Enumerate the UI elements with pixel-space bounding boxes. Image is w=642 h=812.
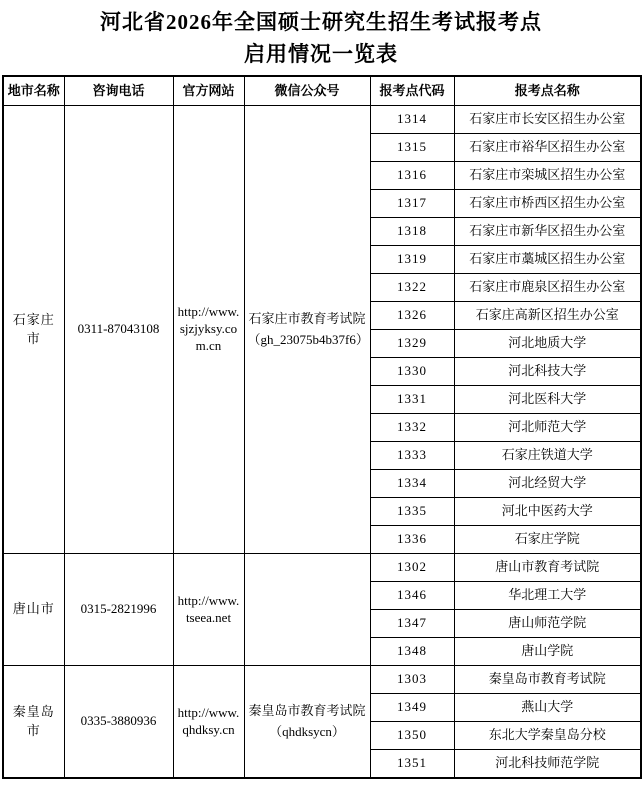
- code-cell: 1315: [370, 134, 454, 162]
- column-header-phone: 咨询电话: [64, 76, 173, 106]
- code-cell: 1349: [370, 694, 454, 722]
- code-cell: 1329: [370, 330, 454, 358]
- code-cell: 1322: [370, 274, 454, 302]
- site-name-cell: 燕山大学: [454, 694, 641, 722]
- site-name-cell: 石家庄市桥西区招生办公室: [454, 190, 641, 218]
- column-header-website: 官方网站: [173, 76, 244, 106]
- site-name-cell: 唐山师范学院: [454, 610, 641, 638]
- site-name-cell: 河北医科大学: [454, 386, 641, 414]
- site-name-cell: 石家庄市藁城区招生办公室: [454, 246, 641, 274]
- phone-cell: 0315-2821996: [64, 554, 173, 666]
- site-name-cell: 河北师范大学: [454, 414, 641, 442]
- code-cell: 1330: [370, 358, 454, 386]
- site-name-cell: 石家庄市鹿泉区招生办公室: [454, 274, 641, 302]
- city-cell: 唐山市: [3, 554, 64, 666]
- wechat-cell: [244, 554, 370, 666]
- code-cell: 1303: [370, 666, 454, 694]
- code-cell: 1317: [370, 190, 454, 218]
- code-cell: 1347: [370, 610, 454, 638]
- website-cell: http://www.tseea.net: [173, 554, 244, 666]
- website-cell: http://www.sjzjyksy.com.cn: [173, 106, 244, 554]
- site-name-cell: 华北理工大学: [454, 582, 641, 610]
- registration-points-table: 地市名称 咨询电话 官方网站 微信公众号 报考点代码 报考点名称 石家庄市031…: [2, 75, 642, 779]
- code-cell: 1335: [370, 498, 454, 526]
- page-title-line1: 河北省2026年全国硕士研究生招生考试报考点: [0, 6, 642, 38]
- table-row: 秦皇岛市0335-3880936http://www.qhdksy.cn秦皇岛市…: [3, 666, 641, 694]
- table-row: 石家庄市0311-87043108http://www.sjzjyksy.com…: [3, 106, 641, 134]
- site-name-cell: 石家庄市长安区招生办公室: [454, 106, 641, 134]
- website-cell: http://www.qhdksy.cn: [173, 666, 244, 779]
- phone-cell: 0335-3880936: [64, 666, 173, 779]
- column-header-code: 报考点代码: [370, 76, 454, 106]
- table-body: 石家庄市0311-87043108http://www.sjzjyksy.com…: [3, 106, 641, 779]
- site-name-cell: 石家庄高新区招生办公室: [454, 302, 641, 330]
- code-cell: 1316: [370, 162, 454, 190]
- site-name-cell: 东北大学秦皇岛分校: [454, 722, 641, 750]
- phone-cell: 0311-87043108: [64, 106, 173, 554]
- site-name-cell: 石家庄市裕华区招生办公室: [454, 134, 641, 162]
- site-name-cell: 河北经贸大学: [454, 470, 641, 498]
- wechat-cell: 秦皇岛市教育考试院（qhdksycn）: [244, 666, 370, 779]
- code-cell: 1333: [370, 442, 454, 470]
- column-header-site-name: 报考点名称: [454, 76, 641, 106]
- header-row: 地市名称 咨询电话 官方网站 微信公众号 报考点代码 报考点名称: [3, 76, 641, 106]
- code-cell: 1302: [370, 554, 454, 582]
- wechat-cell: 石家庄市教育考试院（gh_23075b4b37f6）: [244, 106, 370, 554]
- site-name-cell: 唐山学院: [454, 638, 641, 666]
- site-name-cell: 石家庄市新华区招生办公室: [454, 218, 641, 246]
- site-name-cell: 河北地质大学: [454, 330, 641, 358]
- page-title: 河北省2026年全国硕士研究生招生考试报考点 启用情况一览表: [0, 0, 642, 70]
- site-name-cell: 河北科技师范学院: [454, 750, 641, 779]
- site-name-cell: 石家庄铁道大学: [454, 442, 641, 470]
- code-cell: 1334: [370, 470, 454, 498]
- city-cell: 石家庄市: [3, 106, 64, 554]
- city-cell: 秦皇岛市: [3, 666, 64, 779]
- code-cell: 1346: [370, 582, 454, 610]
- column-header-city: 地市名称: [3, 76, 64, 106]
- site-name-cell: 河北中医药大学: [454, 498, 641, 526]
- table-row: 唐山市0315-2821996http://www.tseea.net1302唐…: [3, 554, 641, 582]
- code-cell: 1314: [370, 106, 454, 134]
- code-cell: 1331: [370, 386, 454, 414]
- site-name-cell: 秦皇岛市教育考试院: [454, 666, 641, 694]
- code-cell: 1350: [370, 722, 454, 750]
- site-name-cell: 石家庄学院: [454, 526, 641, 554]
- code-cell: 1351: [370, 750, 454, 779]
- site-name-cell: 河北科技大学: [454, 358, 641, 386]
- code-cell: 1336: [370, 526, 454, 554]
- code-cell: 1348: [370, 638, 454, 666]
- code-cell: 1319: [370, 246, 454, 274]
- code-cell: 1318: [370, 218, 454, 246]
- code-cell: 1326: [370, 302, 454, 330]
- document-page: 河北省2026年全国硕士研究生招生考试报考点 启用情况一览表 地市名称 咨询电话…: [0, 0, 642, 812]
- site-name-cell: 唐山市教育考试院: [454, 554, 641, 582]
- column-header-wechat: 微信公众号: [244, 76, 370, 106]
- page-title-line2: 启用情况一览表: [0, 38, 642, 70]
- site-name-cell: 石家庄市栾城区招生办公室: [454, 162, 641, 190]
- code-cell: 1332: [370, 414, 454, 442]
